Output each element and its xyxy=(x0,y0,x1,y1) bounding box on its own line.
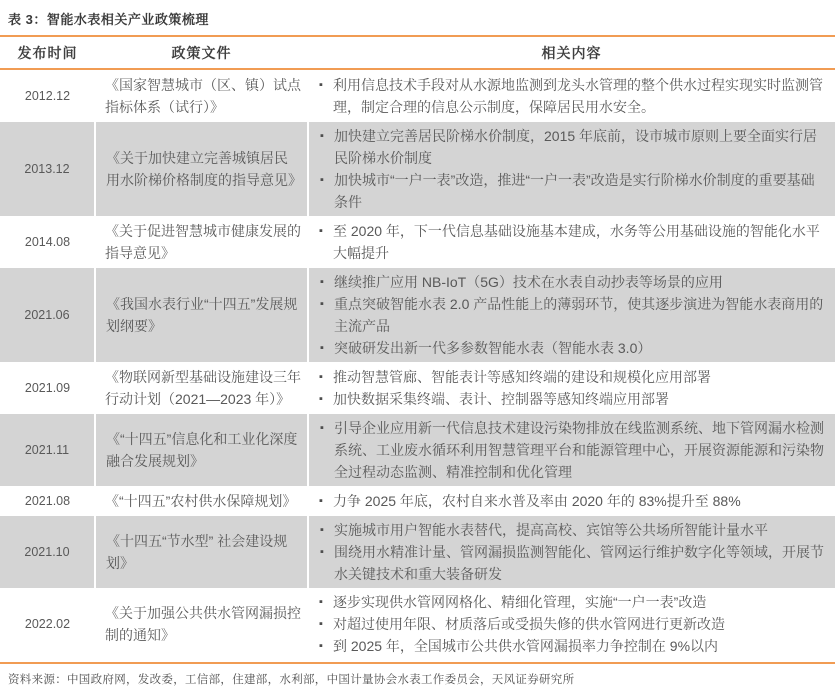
content-cell: 引导企业应用新一代信息技术建设污染物排放在线监测系统、地下管网漏水检测系统、工业… xyxy=(308,414,835,486)
date-cell: 2021.09 xyxy=(0,362,95,414)
content-item: 至 2020 年，下一代信息基础设施基本建成，水务等公用基础设施的智能化水平大幅… xyxy=(318,220,827,264)
content-item: 利用信息技术手段对从水源地监测到龙头水管理的整个供水过程实现实时监测管理，制定合… xyxy=(318,74,827,118)
date-cell: 2022.02 xyxy=(0,588,95,660)
policy-cell: 《十四五“节水型” 社会建设规划》 xyxy=(95,516,308,588)
content-list: 逐步实现供水管网网格化、精细化管理，实施“一户一表”改造对超过使用年限、材质落后… xyxy=(318,591,827,657)
column-header-content: 相关内容 xyxy=(308,36,835,69)
content-item: 加快数据采集终端、表计、控制器等感知终端应用部署 xyxy=(318,388,827,410)
content-item: 到 2025 年，全国城市公共供水管网漏损率力争控制在 9%以内 xyxy=(318,635,827,657)
policy-cell: 《国家智慧城市（区、镇）试点指标体系（试行）》 xyxy=(95,69,308,122)
content-item: 推动智慧管廊、智能表计等感知终端的建设和规模化应用部署 xyxy=(318,366,827,388)
content-cell: 继续推广应用 NB-IoT（5G）技术在水表自动抄表等场景的应用重点突破智能水表… xyxy=(308,268,835,362)
source-note: 资料来源：中国政府网，发改委，工信部，住建部，水利部，中国计量协会水表工作委员会… xyxy=(0,664,835,687)
table-header: 发布时间 政策文件 相关内容 xyxy=(0,36,835,69)
policy-cell: 《关于加快建立完善城镇居民用水阶梯价格制度的指导意见》 xyxy=(95,122,308,216)
policy-cell: 《关于加强公共供水管网漏损控制的通知》 xyxy=(95,588,308,660)
date-cell: 2021.08 xyxy=(0,486,95,516)
content-list: 至 2020 年，下一代信息基础设施基本建成，水务等公用基础设施的智能化水平大幅… xyxy=(318,220,827,264)
content-item: 加快城市“一户一表”改造，推进“一户一表”改造是实行阶梯水价制度的重要基础条件 xyxy=(319,169,827,213)
content-cell: 逐步实现供水管网网格化、精细化管理，实施“一户一表”改造对超过使用年限、材质落后… xyxy=(308,588,835,660)
content-item: 对超过使用年限、材质落后或受损失修的供水管网进行更新改造 xyxy=(318,613,827,635)
content-item: 重点突破智能水表 2.0 产品性能上的薄弱环节，使其逐步演进为智能水表商用的主流… xyxy=(319,293,827,337)
policy-cell: 《物联网新型基础设施建设三年行动计划（2021—2023 年）》 xyxy=(95,362,308,414)
date-cell: 2021.06 xyxy=(0,268,95,362)
date-cell: 2021.11 xyxy=(0,414,95,486)
table-row: 2012.12《国家智慧城市（区、镇）试点指标体系（试行）》利用信息技术手段对从… xyxy=(0,69,835,122)
content-item: 加快建立完善居民阶梯水价制度，2015 年底前，设市城市原则上要全面实行居民阶梯… xyxy=(319,125,827,169)
table-row: 2013.12《关于加快建立完善城镇居民用水阶梯价格制度的指导意见》加快建立完善… xyxy=(0,122,835,216)
table-row: 2022.02《关于加强公共供水管网漏损控制的通知》逐步实现供水管网网格化、精细… xyxy=(0,588,835,660)
table-row: 2021.08《“十四五”农村供水保障规划》力争 2025 年底，农村自来水普及… xyxy=(0,486,835,516)
table-row: 2021.10《十四五“节水型” 社会建设规划》实施城市用户智能水表替代，提高高… xyxy=(0,516,835,588)
column-header-date: 发布时间 xyxy=(0,36,95,69)
content-item: 突破研发出新一代多参数智能水表（智能水表 3.0） xyxy=(319,337,827,359)
page-title: 表 3：智能水表相关产业政策梳理 xyxy=(0,0,835,35)
content-item: 力争 2025 年底，农村自来水普及率由 2020 年的 83%提升至 88% xyxy=(318,490,827,512)
table-row: 2021.09《物联网新型基础设施建设三年行动计划（2021—2023 年）》推… xyxy=(0,362,835,414)
content-cell: 力争 2025 年底，农村自来水普及率由 2020 年的 83%提升至 88% xyxy=(308,486,835,516)
content-item: 引导企业应用新一代信息技术建设污染物排放在线监测系统、地下管网漏水检测系统、工业… xyxy=(319,417,827,483)
content-list: 利用信息技术手段对从水源地监测到龙头水管理的整个供水过程实现实时监测管理，制定合… xyxy=(318,74,827,118)
content-item: 继续推广应用 NB-IoT（5G）技术在水表自动抄表等场景的应用 xyxy=(319,271,827,293)
content-cell: 推动智慧管廊、智能表计等感知终端的建设和规模化应用部署加快数据采集终端、表计、控… xyxy=(308,362,835,414)
date-cell: 2021.10 xyxy=(0,516,95,588)
content-item: 逐步实现供水管网网格化、精细化管理，实施“一户一表”改造 xyxy=(318,591,827,613)
policy-cell: 《“十四五”农村供水保障规划》 xyxy=(95,486,308,516)
date-cell: 2014.08 xyxy=(0,216,95,268)
content-list: 引导企业应用新一代信息技术建设污染物排放在线监测系统、地下管网漏水检测系统、工业… xyxy=(319,417,827,483)
content-list: 力争 2025 年底，农村自来水普及率由 2020 年的 83%提升至 88% xyxy=(318,490,827,512)
content-cell: 利用信息技术手段对从水源地监测到龙头水管理的整个供水过程实现实时监测管理，制定合… xyxy=(308,69,835,122)
content-item: 实施城市用户智能水表替代，提高高校、宾馆等公共场所智能计量水平 xyxy=(319,519,827,541)
content-list: 继续推广应用 NB-IoT（5G）技术在水表自动抄表等场景的应用重点突破智能水表… xyxy=(319,271,827,359)
policy-cell: 《关于促进智慧城市健康发展的指导意见》 xyxy=(95,216,308,268)
content-list: 加快建立完善居民阶梯水价制度，2015 年底前，设市城市原则上要全面实行居民阶梯… xyxy=(319,125,827,213)
policy-cell: 《我国水表行业“十四五”发展规划纲要》 xyxy=(95,268,308,362)
content-list: 实施城市用户智能水表替代，提高高校、宾馆等公共场所智能计量水平围绕用水精准计量、… xyxy=(319,519,827,585)
column-header-policy: 政策文件 xyxy=(95,36,308,69)
table-row: 2014.08《关于促进智慧城市健康发展的指导意见》至 2020 年，下一代信息… xyxy=(0,216,835,268)
table-row: 2021.11《“十四五”信息化和工业化深度融合发展规划》引导企业应用新一代信息… xyxy=(0,414,835,486)
content-cell: 实施城市用户智能水表替代，提高高校、宾馆等公共场所智能计量水平围绕用水精准计量、… xyxy=(308,516,835,588)
content-list: 推动智慧管廊、智能表计等感知终端的建设和规模化应用部署加快数据采集终端、表计、控… xyxy=(318,366,827,410)
policy-table-body: 2012.12《国家智慧城市（区、镇）试点指标体系（试行）》利用信息技术手段对从… xyxy=(0,69,835,660)
content-item: 围绕用水精准计量、管网漏损监测智能化、管网运行维护数字化等领域，开展节水关键技术… xyxy=(319,541,827,585)
policy-table: 发布时间 政策文件 相关内容 2012.12《国家智慧城市（区、镇）试点指标体系… xyxy=(0,35,835,660)
policy-cell: 《“十四五”信息化和工业化深度融合发展规划》 xyxy=(95,414,308,486)
table-row: 2021.06《我国水表行业“十四五”发展规划纲要》继续推广应用 NB-IoT（… xyxy=(0,268,835,362)
content-cell: 至 2020 年，下一代信息基础设施基本建成，水务等公用基础设施的智能化水平大幅… xyxy=(308,216,835,268)
date-cell: 2013.12 xyxy=(0,122,95,216)
date-cell: 2012.12 xyxy=(0,69,95,122)
content-cell: 加快建立完善居民阶梯水价制度，2015 年底前，设市城市原则上要全面实行居民阶梯… xyxy=(308,122,835,216)
